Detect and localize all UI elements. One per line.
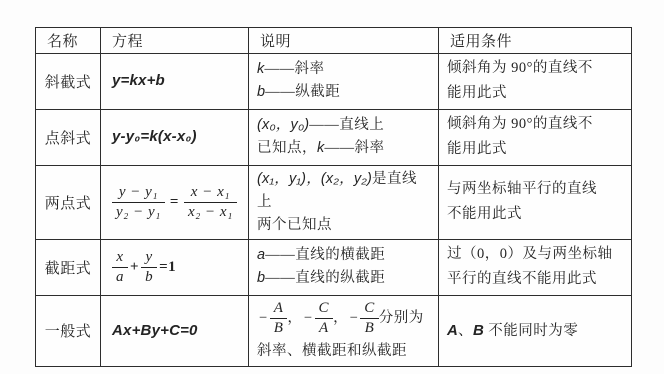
fraction: yb	[141, 249, 157, 287]
col-header-conditions: 适用条件	[439, 28, 632, 54]
description-cell: a——直线的横截距 b——直线的纵截距	[249, 240, 439, 296]
table-row-slope-intercept: 斜截式 y=kx+b k——斜率 b——纵截距 倾斜角为 90°的直线不 能用此…	[36, 54, 632, 110]
condition-line: 能用此式	[447, 137, 623, 162]
condition-cell: 倾斜角为 90°的直线不 能用此式	[439, 54, 632, 110]
description-line: 已知点，k——斜率	[257, 137, 430, 160]
table-row-general: 一般式 Ax+By+C=0 −AB，−CA，−CB分别为 斜率、横截距和纵截距 …	[36, 295, 632, 366]
fraction: xa	[112, 249, 128, 287]
plus-sign: +	[130, 259, 139, 276]
condition-line: 与两坐标轴平行的直线	[447, 177, 623, 202]
condition-line: 倾斜角为 90°的直线不	[447, 56, 623, 81]
condition-cell: 与两坐标轴平行的直线 不能用此式	[439, 165, 632, 240]
equation: y-y₀=k(x-x₀)	[112, 128, 197, 145]
condition-line: 倾斜角为 90°的直线不	[447, 112, 623, 137]
condition-cell: 过（0，0）及与两坐标轴 平行的直线不能用此式	[439, 240, 632, 296]
condition-line: 平行的直线不能用此式	[447, 267, 623, 292]
equation: Ax+By+C=0	[112, 322, 198, 339]
form-name: 斜截式	[36, 54, 101, 110]
equation-cell: xa+yb=1	[101, 240, 249, 296]
equation-cell: y=kx+b	[101, 54, 249, 110]
description-line: k——斜率	[257, 58, 430, 81]
equals-sign: =	[170, 194, 179, 211]
description-line: (x₀，y₀)——直线上	[257, 114, 430, 137]
description-cell: −AB，−CA，−CB分别为 斜率、横截距和纵截距	[249, 295, 439, 366]
table-row-two-point: 两点式 y − y₁y₂ − y₁=x − x₁x₂ − x₁ (x₁，y₁)，…	[36, 165, 632, 240]
condition-line: A、B 不能同时为零	[447, 318, 623, 344]
fraction: x − x₁x₂ − x₁	[184, 184, 237, 222]
description-line: a——直线的横截距	[257, 244, 430, 267]
description-line: −AB，−CA，−CB分别为	[257, 300, 430, 338]
scanned-document-page: 名称 方程 说明 适用条件 斜截式 y=kx+b k——斜率 b——纵截距 倾斜…	[0, 0, 664, 374]
condition-line: 过（0，0）及与两坐标轴	[447, 242, 623, 267]
condition-line: 能用此式	[447, 81, 623, 106]
description-cell: k——斜率 b——纵截距	[249, 54, 439, 110]
minus-sign: −	[259, 307, 268, 330]
equation: y=kx+b	[112, 72, 165, 89]
description-line: 斜率、横截距和纵截距	[257, 340, 430, 363]
condition-cell: 倾斜角为 90°的直线不 能用此式	[439, 109, 632, 165]
form-name: 两点式	[36, 165, 101, 240]
condition-line: 不能用此式	[447, 202, 623, 227]
description-line: b——纵截距	[257, 81, 430, 104]
description-line: 两个已知点	[257, 214, 430, 237]
condition-cell: A、B 不能同时为零	[439, 295, 632, 366]
fraction: AB	[270, 300, 288, 338]
description-cell: (x₀，y₀)——直线上 已知点，k——斜率	[249, 109, 439, 165]
fraction: CA	[315, 300, 334, 338]
col-header-equation: 方程	[101, 28, 249, 54]
table-row-intercept: 截距式 xa+yb=1 a——直线的横截距 b——直线的纵截距 过（0，0）及与…	[36, 240, 632, 296]
minus-sign: −	[350, 307, 359, 330]
minus-sign: −	[304, 307, 313, 330]
description-cell: (x₁，y₁)，(x₂，y₂)是直线上 两个已知点	[249, 165, 439, 240]
description-line: (x₁，y₁)，(x₂，y₂)是直线上	[257, 168, 430, 214]
col-header-description: 说明	[249, 28, 439, 54]
line-equation-forms-table: 名称 方程 说明 适用条件 斜截式 y=kx+b k——斜率 b——纵截距 倾斜…	[35, 27, 632, 367]
fraction: CB	[360, 300, 379, 338]
table-row-point-slope: 点斜式 y-y₀=k(x-x₀) (x₀，y₀)——直线上 已知点，k——斜率 …	[36, 109, 632, 165]
equation-cell: Ax+By+C=0	[101, 295, 249, 366]
equation-cell: y-y₀=k(x-x₀)	[101, 109, 249, 165]
header-row: 名称 方程 说明 适用条件	[36, 28, 632, 54]
description-line: b——直线的纵截距	[257, 267, 430, 290]
form-name: 一般式	[36, 295, 101, 366]
col-header-name: 名称	[36, 28, 101, 54]
equals-one: =1	[159, 259, 176, 276]
equation-cell: y − y₁y₂ − y₁=x − x₁x₂ − x₁	[101, 165, 249, 240]
form-name: 点斜式	[36, 109, 101, 165]
fraction: y − y₁y₂ − y₁	[112, 184, 165, 222]
form-name: 截距式	[36, 240, 101, 296]
